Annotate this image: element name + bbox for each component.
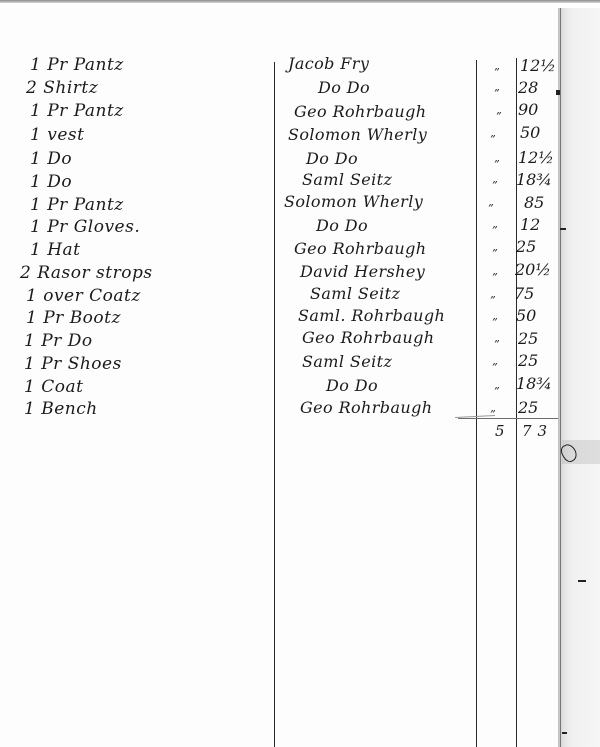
entry-amount: 18¾ [516,172,552,188]
entry-ditto: ” [488,203,494,214]
entry-amount: 25 [518,353,538,369]
entry-amount: 50 [520,125,540,141]
entry-ditto: ” [496,111,502,122]
margin-tick [560,228,566,230]
entry-amount: 50 [516,308,536,324]
entry-buyer: Geo Rohrbaugh [294,241,426,257]
buyer-column-rule [274,62,275,747]
entry-buyer: Do Do [318,80,370,96]
total-underline [458,418,558,419]
entry-ditto: ” [494,88,500,99]
entry-item: 1 Pr Bootz [26,310,121,327]
entry-ditto: ” [490,295,496,306]
entry-amount: 85 [524,195,544,211]
entry-ditto: ” [494,159,500,170]
entry-ditto: ” [494,386,500,397]
total-cents: 73 [522,424,553,439]
entry-ditto: ” [492,272,498,283]
margin-tick [556,90,560,95]
entry-buyer: Solomon Wherly [284,194,423,210]
entry-amount: 12½ [520,58,556,74]
entry-item: 1 over Coatz [26,288,141,305]
entry-item: 1 Pr Pantz [30,57,124,74]
entry-item: 1 Bench [24,401,98,418]
ditto-column-rule [476,60,477,747]
entry-amount: 25 [516,239,536,255]
entry-buyer: Solomon Wherly [288,127,427,143]
entry-amount: 25 [518,400,538,416]
entry-item: 1 Pr Pantz [30,197,124,214]
entry-buyer: Geo Rohrbaugh [294,104,426,120]
entry-buyer: Do Do [306,151,358,167]
entry-item: 1 Pr Shoes [24,356,122,373]
entry-buyer: Saml Seitz [310,286,400,302]
entry-item: 2 Shirtz [26,80,98,97]
entry-item: 1 Pr Do [24,333,93,350]
entry-amount: 12 [520,217,540,233]
entry-buyer: Geo Rohrbaugh [300,400,432,416]
entry-amount: 25 [518,331,538,347]
entry-amount: 28 [518,80,538,96]
entry-item: 1 Do [30,174,72,191]
margin-tick [562,732,567,734]
entry-buyer: Saml Seitz [302,354,392,370]
total-dollars: 5 [495,424,505,439]
entry-amount: 18¾ [516,376,552,392]
entry-ditto: ” [492,317,498,328]
entry-amount: 90 [518,102,538,118]
entry-item: 2 Rasor strops [20,265,153,282]
entry-ditto: ” [492,248,498,259]
entry-buyer: Geo Rohrbaugh [302,330,434,346]
entry-ditto: ” [494,339,500,350]
entry-item: 1 vest [30,127,84,144]
entry-item: 1 Hat [30,242,81,259]
ledger-page: 1 Pr Pantz Jacob Fry ” 12½ 2 Shirtz Do D… [0,0,600,747]
entry-item: 1 Pr Gloves. [30,219,140,236]
entry-buyer: Jacob Fry [288,56,369,72]
entry-ditto: ” [492,362,498,373]
entry-amount: 20½ [515,262,551,278]
page-fold-shadow [558,8,600,747]
entry-amount: 12½ [518,150,554,166]
entry-buyer: Saml Seitz [302,172,392,188]
entry-ditto: ” [494,67,500,78]
margin-dash [578,580,586,582]
entry-ditto: ” [492,225,498,236]
entry-buyer: Saml. Rohrbaugh [298,308,445,324]
entry-ditto: ” [492,180,498,191]
entry-ditto: ” [490,134,496,145]
entry-amount: 75 [514,286,534,302]
page-top-edge [0,0,600,3]
entry-buyer: Do Do [326,378,378,394]
entry-buyer: David Hershey [300,264,425,280]
entry-item: 1 Do [30,151,72,168]
entry-item: 1 Pr Pantz [30,103,124,120]
entry-buyer: Do Do [316,218,368,234]
entry-item: 1 Coat [24,379,83,396]
page-fold-line [560,8,561,747]
